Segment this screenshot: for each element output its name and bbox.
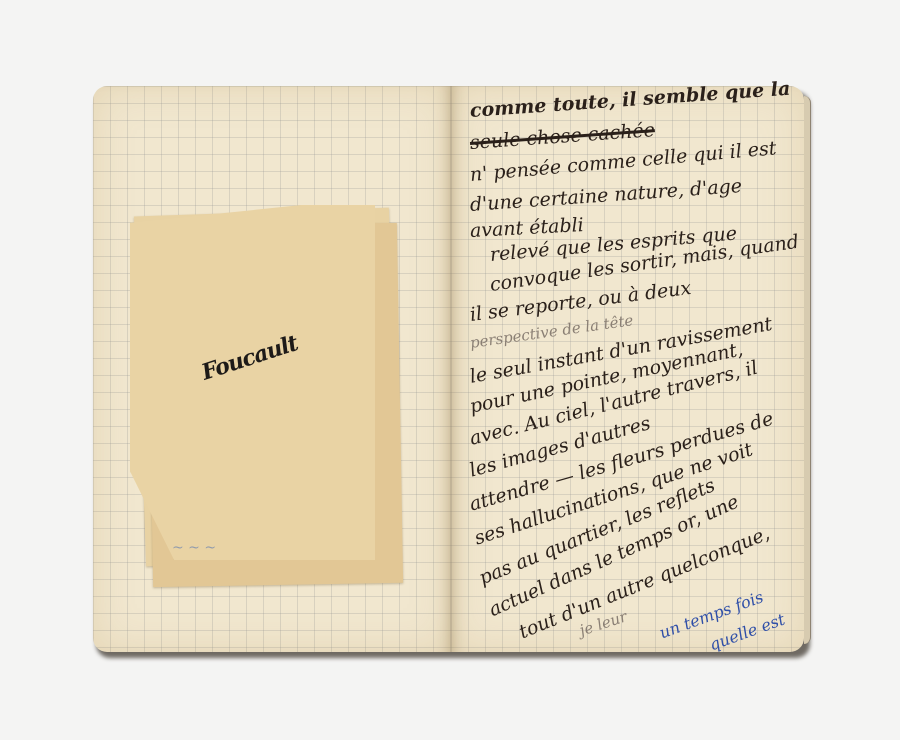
notebook-page-edges — [804, 96, 811, 644]
envelope-front-flap — [130, 205, 375, 560]
envelope-blue-ink-marks: ~ ~ ~ — [172, 540, 242, 580]
